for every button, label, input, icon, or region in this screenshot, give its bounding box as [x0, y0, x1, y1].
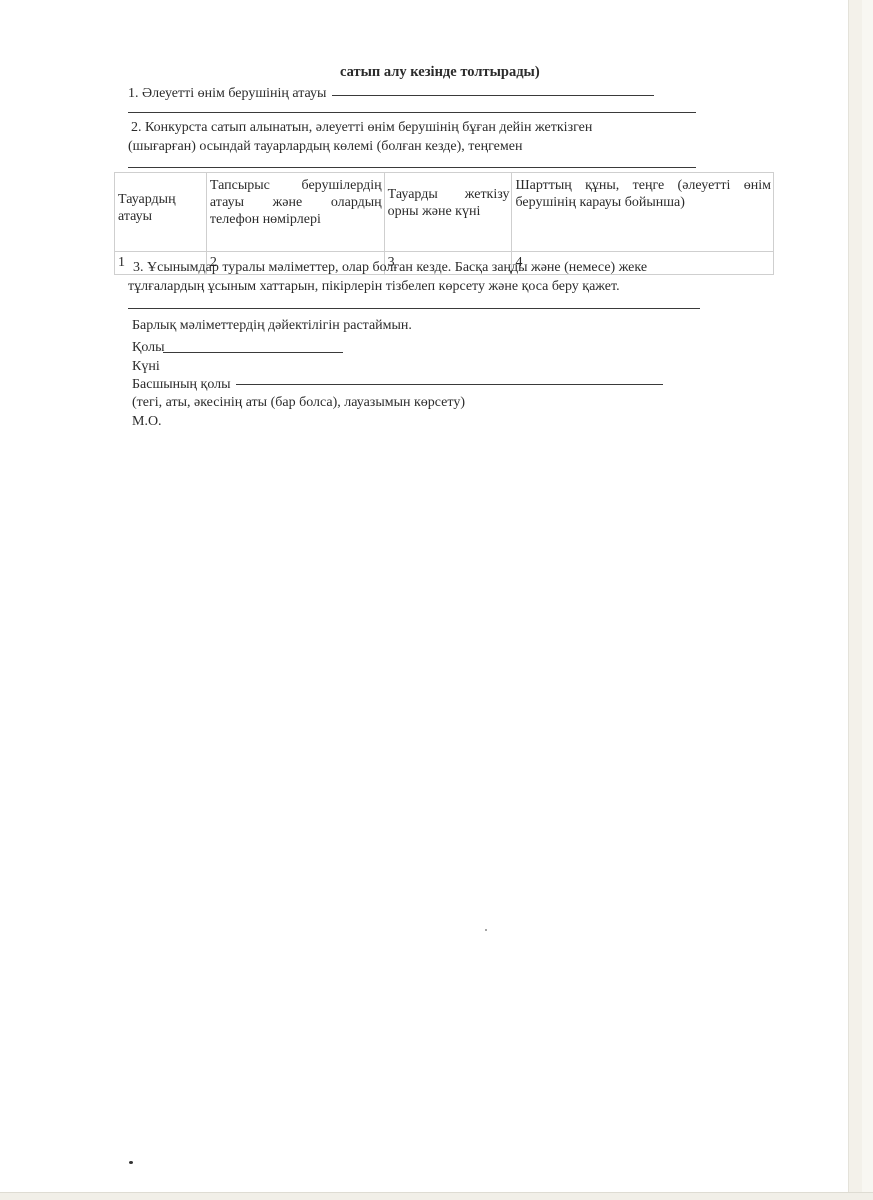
head-signature-line — [236, 384, 663, 385]
date-label: Күні — [132, 359, 160, 375]
table-header-row: Тауардың атауы Тапсырыс берушілердің ата… — [115, 173, 774, 252]
section-title: сатып алу кезінде толтырады) — [340, 64, 540, 80]
signature-label: Қолы — [132, 340, 165, 356]
item2-text-line2: (шығарған) осындай тауарлардың көлемі (б… — [128, 139, 522, 155]
item3-fill-line — [128, 308, 700, 309]
header-goods-name: Тауардың атауы — [115, 173, 207, 252]
stamp-label: М.О. — [132, 414, 162, 430]
scan-speck — [129, 1161, 133, 1164]
scan-speck — [485, 929, 487, 931]
item2-fill-line — [128, 167, 696, 168]
header-contract-value: Шарттың құны, теңге (әлеуетті өнім беруш… — [512, 173, 774, 252]
scan-edge-right-inner — [862, 0, 873, 1200]
item3-text-line1: 3. Ұсынымдар туралы мәліметтер, олар бол… — [133, 260, 647, 276]
item1-fill-line — [332, 95, 654, 96]
item3-text-line2: тұлғалардың ұсыным хаттарын, пікірлерін … — [128, 279, 620, 295]
head-signature-note: (тегі, аты, әкесінің аты (бар болса), ла… — [132, 395, 465, 411]
head-signature-label: Басшының қолы — [132, 377, 231, 393]
scanned-page: сатып алу кезінде толтырады) 1. Әлеуетті… — [0, 0, 848, 1192]
item1-fill-line-2 — [128, 112, 696, 113]
item2-text-line1: 2. Конкурста сатып алынатын, әлеуетті өн… — [131, 120, 592, 136]
signature-line — [163, 352, 343, 353]
item1-label: 1. Әлеуетті өнім берушінің атауы — [128, 86, 326, 102]
header-customers: Тапсырыс берушілердің атауы және олардың… — [206, 173, 384, 252]
scan-edge-bottom — [0, 1192, 873, 1200]
confirmation-text: Барлық мәліметтердің дәйектілігін растай… — [132, 318, 412, 334]
header-delivery-place-date: Тауарды жеткізу орны және күні — [384, 173, 512, 252]
